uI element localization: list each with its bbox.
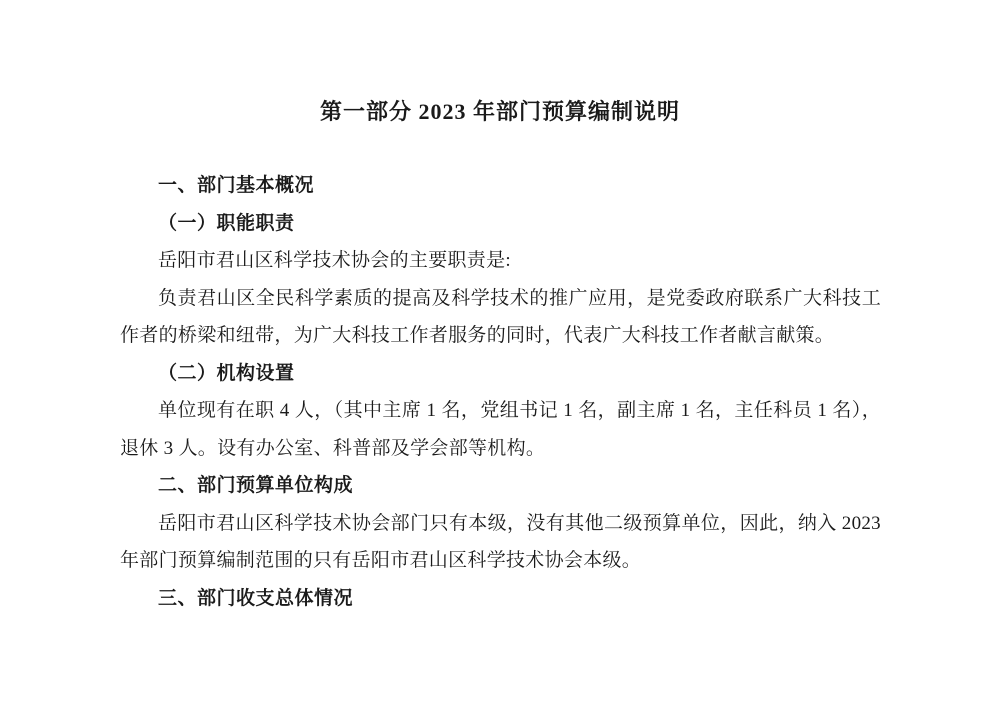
subsection-heading-duties: （一）职能职责 [120, 205, 881, 243]
paragraph-budget-units: 岳阳市君山区科学技术协会部门只有本级，没有其他二级预算单位，因此，纳入 2023… [120, 505, 881, 580]
document-body: 一、部门基本概况 （一）职能职责 岳阳市君山区科学技术协会的主要职责是: 负责君… [120, 167, 881, 617]
document-title: 第一部分 2023 年部门预算编制说明 [0, 95, 1000, 126]
section-heading-1: 一、部门基本概况 [120, 167, 881, 205]
paragraph-duties-detail: 负责君山区全民科学素质的提高及科学技术的推广应用，是党委政府联系广大科技工作者的… [120, 280, 881, 355]
paragraph-duties-intro: 岳阳市君山区科学技术协会的主要职责是: [120, 242, 881, 280]
document-page: 第一部分 2023 年部门预算编制说明 一、部门基本概况 （一）职能职责 岳阳市… [0, 0, 1000, 706]
section-heading-3: 三、部门收支总体情况 [120, 580, 881, 618]
subsection-heading-structure: （二）机构设置 [120, 355, 881, 393]
section-heading-2: 二、部门预算单位构成 [120, 467, 881, 505]
paragraph-structure-detail: 单位现有在职 4 人，（其中主席 1 名，党组书记 1 名，副主席 1 名，主任… [120, 392, 881, 467]
